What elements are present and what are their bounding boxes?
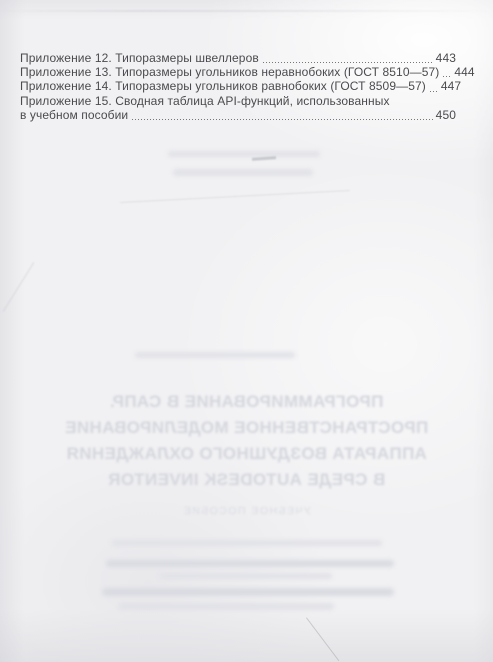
- ghost-subtitle: УЧЕБНОЕ ПОСОБИЕ: [0, 505, 493, 517]
- showthrough-smudge: [118, 603, 334, 610]
- toc-appendix-list: Приложение 12. Типоразмеры швеллеров 443…: [20, 51, 456, 122]
- ghost-title-line: АППАРАТА ВОЗДУШНОГО ОХЛАЖДЕНИЯ: [0, 444, 493, 464]
- toc-entry: Приложение 12. Типоразмеры швеллеров 443: [20, 51, 456, 65]
- ink-streak: [252, 156, 276, 161]
- book-page-photo: Приложение 12. Типоразмеры швеллеров 443…: [0, 0, 493, 662]
- toc-entry: Приложение 15. Сводная таблица API-функц…: [20, 94, 456, 108]
- toc-entry-label: в учебном пособии: [20, 108, 128, 122]
- crease-line: [120, 190, 350, 203]
- toc-entry-continuation: в учебном пособии 450: [20, 108, 456, 122]
- showthrough-smudge: [173, 169, 313, 176]
- showthrough-smudge: [106, 560, 394, 567]
- ghost-title-line: ПРОГРАММИРОВАНИЕ В САПР.: [0, 392, 493, 412]
- dot-leader: [443, 69, 451, 79]
- toc-entry-label: Приложение 13. Типоразмеры угольников не…: [20, 65, 439, 79]
- toc-page-number: 447: [441, 79, 461, 93]
- toc-entry-label: Приложение 15. Сводная таблица API-функц…: [20, 94, 390, 108]
- toc-page-number: 444: [454, 65, 474, 79]
- toc-entry-label: Приложение 14. Типоразмеры угольников ра…: [20, 79, 426, 93]
- toc-entry: Приложение 14. Типоразмеры угольников ра…: [20, 79, 456, 93]
- toc-entry: Приложение 13. Типоразмеры угольников не…: [20, 65, 456, 79]
- toc-page-number: 443: [436, 51, 456, 65]
- crease-line: [0, 10, 493, 12]
- crease-line: [3, 262, 35, 312]
- showthrough-smudge: [168, 151, 320, 157]
- dot-leader: [263, 55, 433, 65]
- toc-entry-label: Приложение 12. Типоразмеры швеллеров: [20, 51, 259, 65]
- showthrough-smudge: [160, 573, 332, 579]
- dot-leader: [132, 112, 432, 122]
- ghost-title-line: В СРЕДЕ AUTODESK INVENTOR: [0, 470, 493, 490]
- dot-leader: [430, 84, 438, 94]
- showthrough-smudge: [112, 540, 382, 546]
- ghost-title-line: ПРОСТРАНСТВЕННОЕ МОДЕЛИРОВАНИЕ: [0, 418, 493, 438]
- showthrough-smudge: [102, 588, 394, 596]
- toc-page-number: 450: [436, 108, 456, 122]
- ghost-author-smudge: [135, 352, 295, 358]
- scratch-mark: [306, 617, 339, 661]
